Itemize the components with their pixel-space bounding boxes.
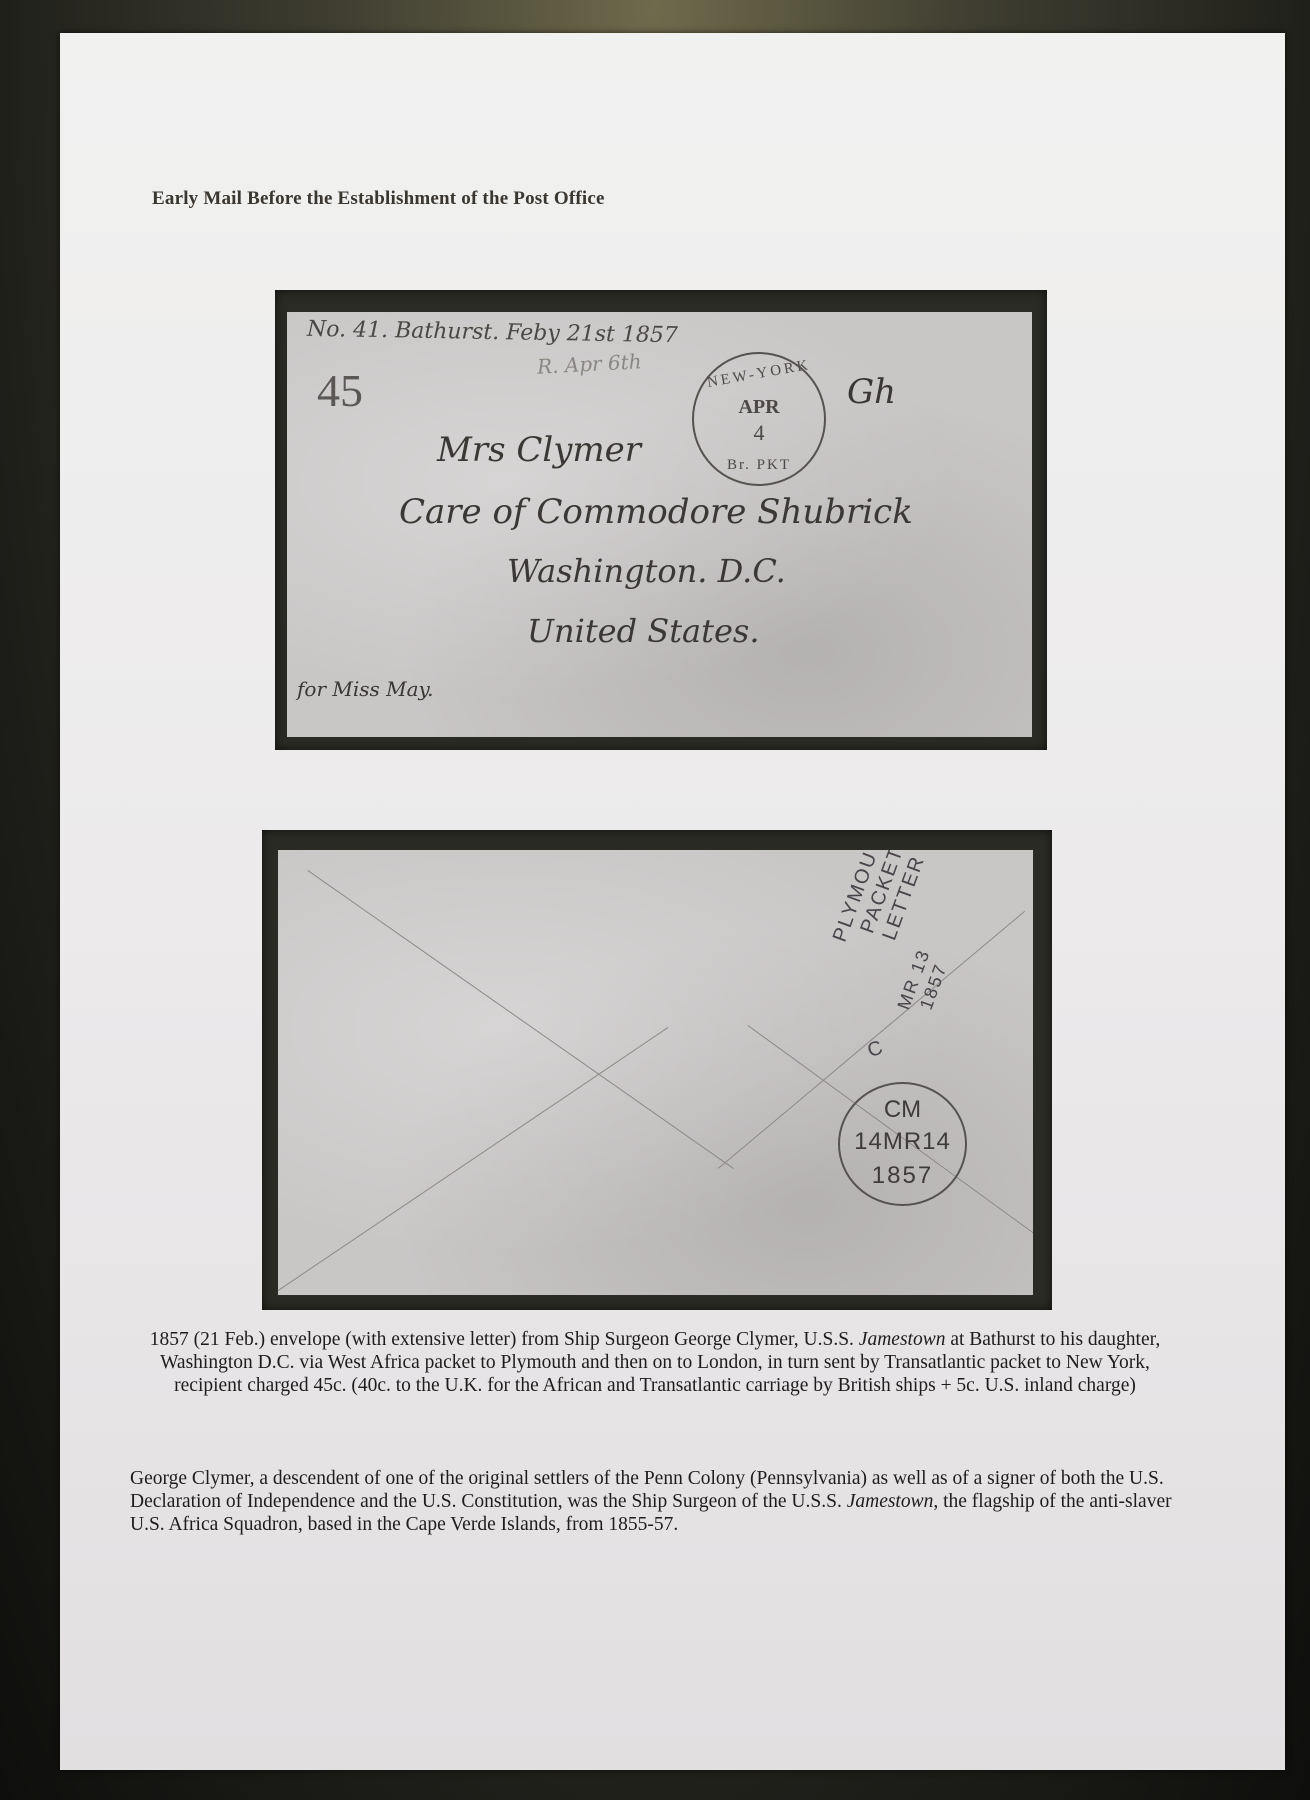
envelope-back: PLYMOUTH PACKET LETTER MR 13 1857 C CM 1…	[278, 850, 1033, 1295]
address-line: Mrs Clymer	[437, 430, 641, 470]
ship-name: Jamestown	[859, 1329, 946, 1350]
manuscript-signature: Gh	[847, 372, 896, 412]
address-line: Care of Commodore Shubrick	[399, 492, 913, 532]
ship-name: Jamestown	[847, 1491, 934, 1512]
biography-paragraph: George Clymer, a descendent of one of th…	[130, 1467, 1180, 1536]
received-note: R. Apr 6th	[536, 349, 642, 378]
rate-marking: 45	[317, 364, 363, 417]
plymouth-packet-postmark: PLYMOUTH PACKET LETTER MR 13 1857 C	[818, 910, 968, 1060]
address-line: United States.	[527, 612, 760, 650]
flap-fold-line	[307, 870, 734, 1169]
cover-front-photo: No. 41. Bathurst. Feby 21st 1857 R. Apr …	[275, 290, 1047, 750]
cover-description: 1857 (21 Feb.) envelope (with extensive …	[130, 1328, 1180, 1397]
cover-back-photo: PLYMOUTH PACKET LETTER MR 13 1857 C CM 1…	[262, 830, 1052, 1310]
envelope-front: No. 41. Bathurst. Feby 21st 1857 R. Apr …	[287, 312, 1032, 737]
flap-fold-line	[278, 1027, 668, 1291]
london-receiving-postmark: CM 14MR14 1857	[838, 1082, 967, 1206]
new-york-postmark: NEW-YORK APR 4 Br. PKT	[692, 352, 826, 486]
address-line: Washington. D.C.	[507, 552, 786, 590]
lower-note: for Miss May.	[297, 677, 434, 701]
docket-text: No. 41. Bathurst. Feby 21st 1857	[307, 317, 678, 348]
page-title: Early Mail Before the Establishment of t…	[152, 188, 605, 210]
